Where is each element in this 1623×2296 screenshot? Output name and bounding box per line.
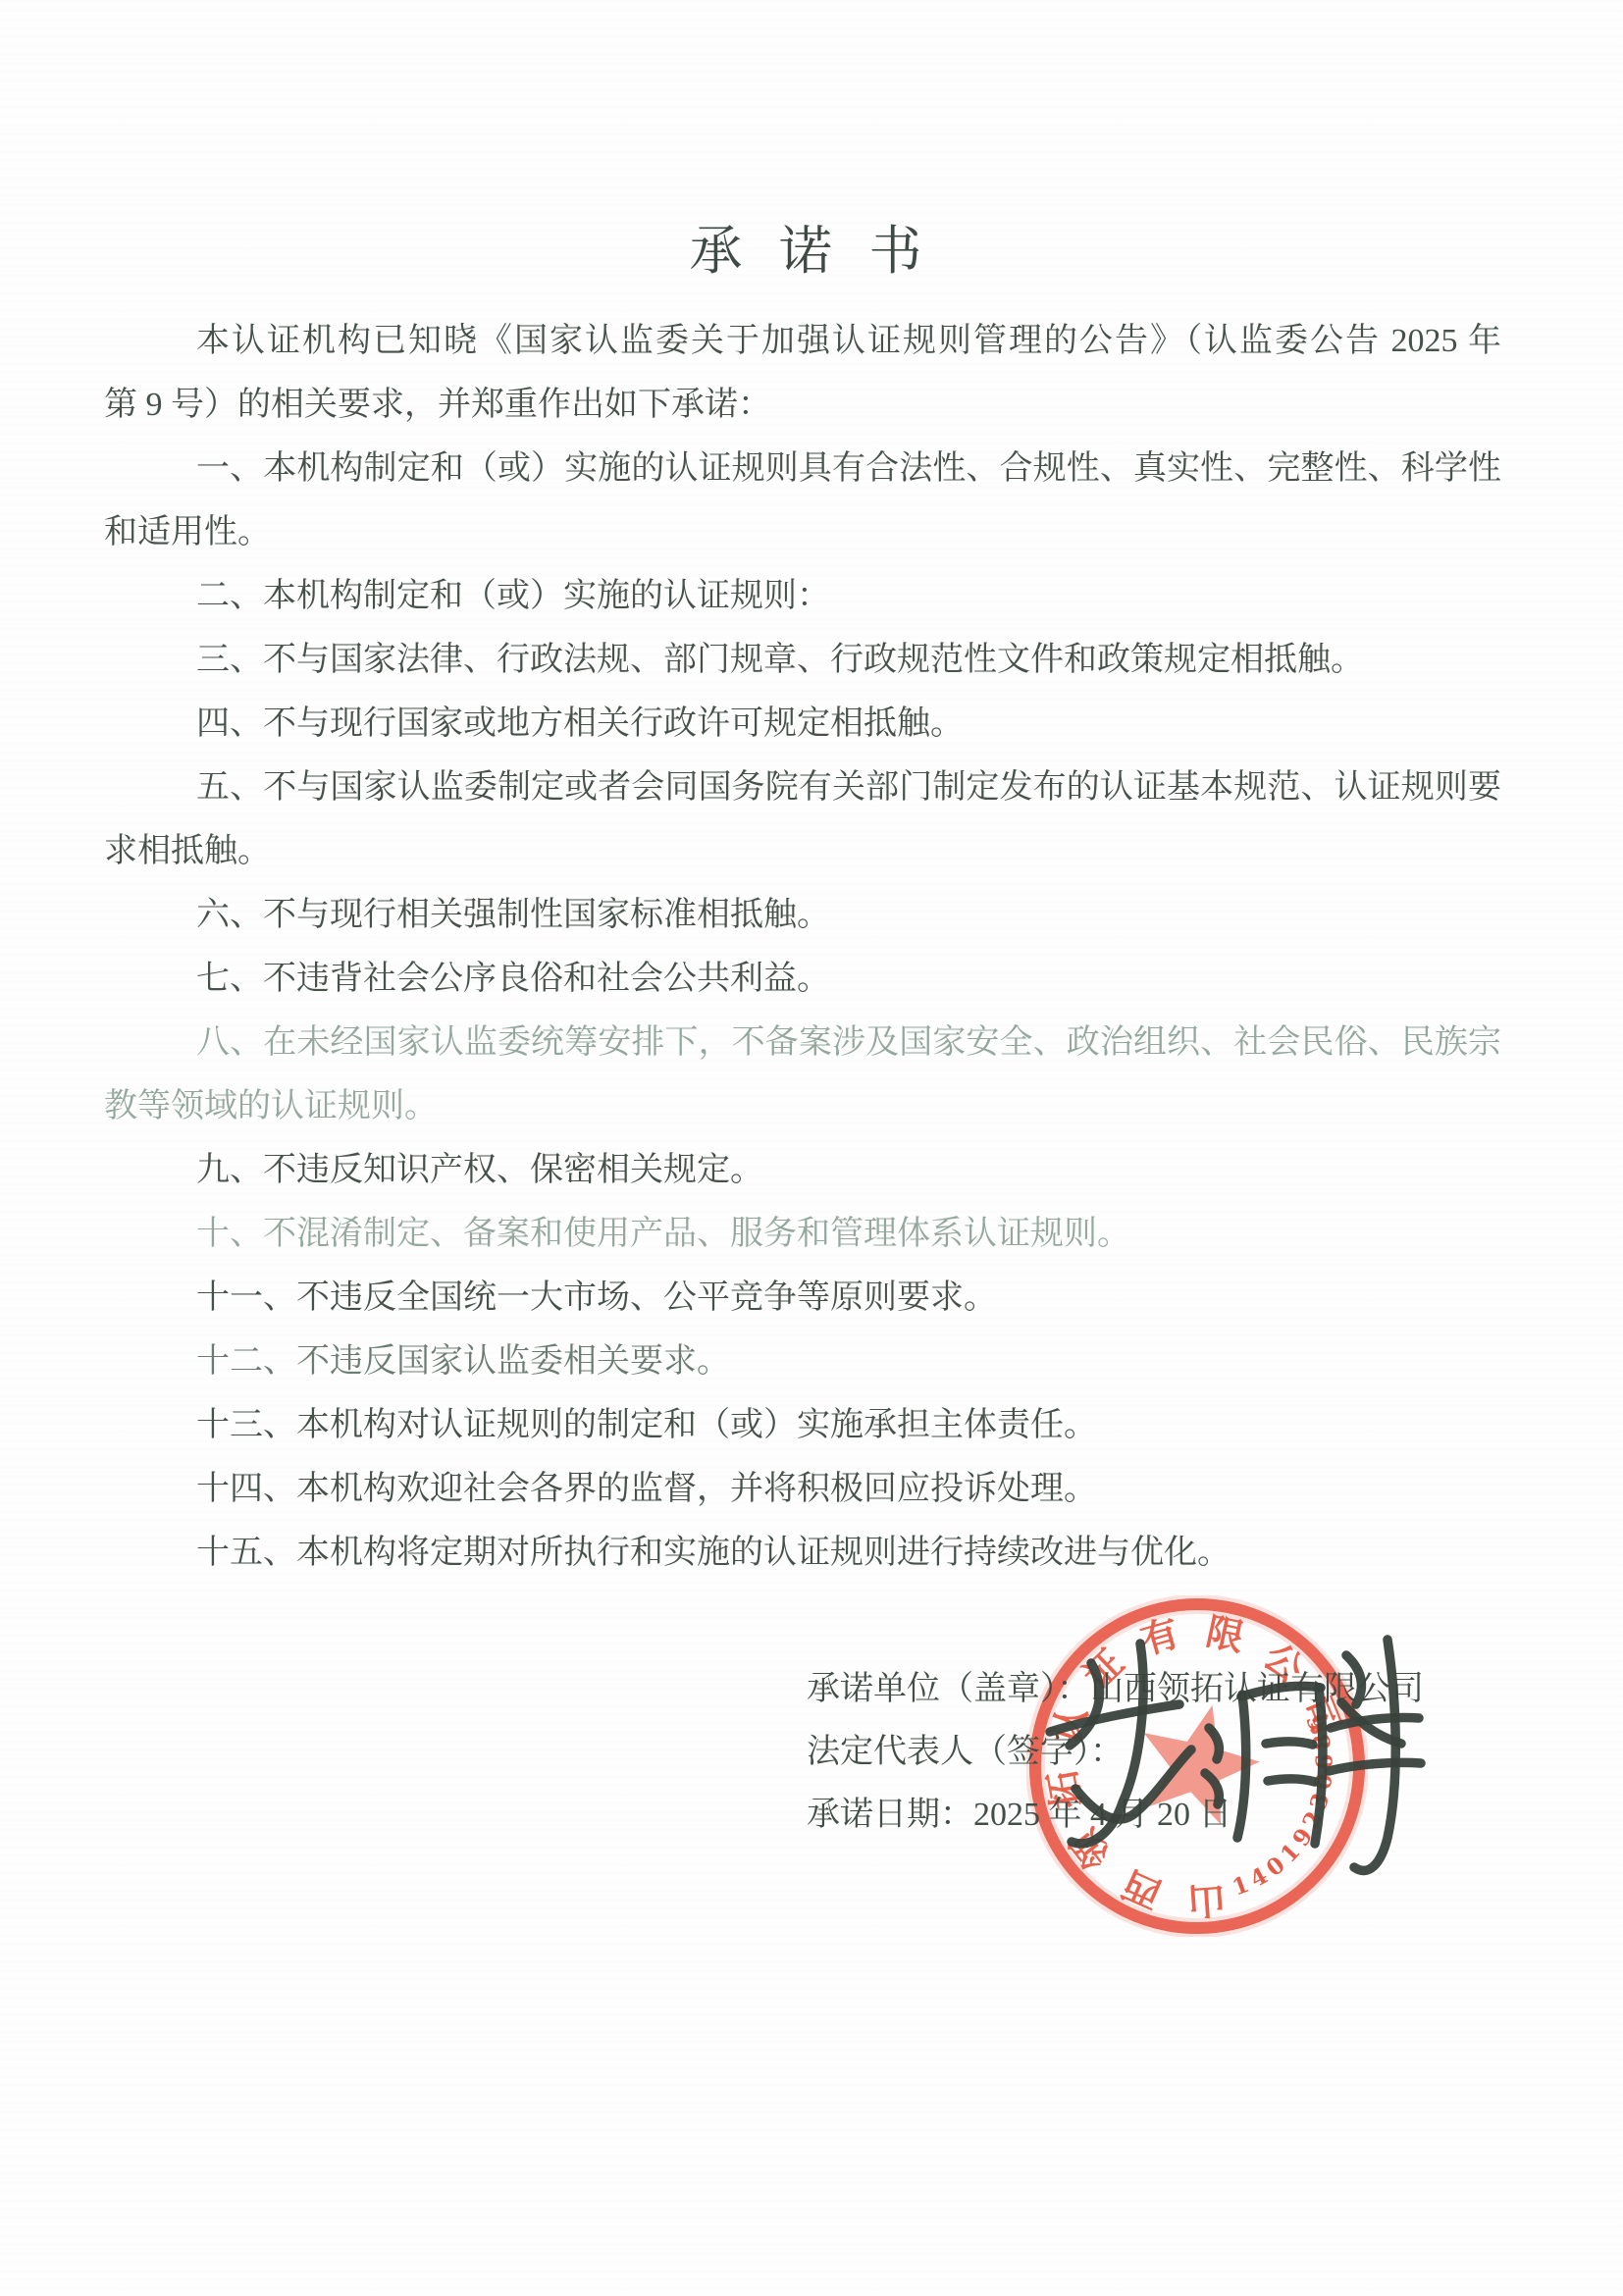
body-line: 和适用性。	[104, 500, 1501, 564]
signature-stroke	[1268, 1779, 1315, 1782]
signature-stroke	[1070, 1663, 1100, 1746]
body-line: 九、不违反知识产权、保密相关规定。	[104, 1138, 1501, 1202]
signature-stroke	[1205, 1773, 1219, 1804]
document-page: 承 诺 书 本认证机构已知晓《国家认监委关于加强认证规则管理的公告》（认监委公告…	[0, 0, 1623, 2296]
body-line: 十、不混淆制定、备案和使用产品、服务和管理体系认证规则。	[104, 1202, 1501, 1266]
signature-stroke	[1346, 1655, 1361, 1704]
signature-stroke	[1237, 1695, 1246, 1838]
body-line: 七、不违背社会公序良俗和社会公共利益。	[104, 947, 1501, 1011]
body-line: 求相抵触。	[104, 819, 1501, 883]
document-body: 本认证机构已知晓《国家认监委关于加强认证规则管理的公告》（认监委公告 2025 …	[104, 309, 1501, 1585]
body-line: 十三、本机构对认证规则的制定和（或）实施承担主体责任。	[104, 1393, 1501, 1457]
body-line: 十四、本机构欢迎社会各界的监督，并将积极回应投诉处理。	[104, 1457, 1501, 1521]
signature-handwriting	[1021, 1624, 1433, 1899]
signature-stroke	[1266, 1742, 1313, 1745]
body-line: 八、在未经国家认监委统筹安排下，不备案涉及国家安全、政治组织、社会民俗、民族宗	[104, 1011, 1501, 1074]
body-line: 二、本机构制定和（或）实施的认证规则：	[104, 564, 1501, 628]
body-line: 三、不与国家法律、行政法规、部门规章、行政规范性文件和政策规定相抵触。	[104, 628, 1501, 692]
signature-stroke	[1315, 1688, 1323, 1844]
body-line: 第 9 号）的相关要求，并郑重作出如下承诺：	[104, 373, 1501, 437]
body-line: 十二、不违反国家认监委相关要求。	[104, 1330, 1501, 1393]
signature-stroke	[1241, 1686, 1321, 1696]
signature-stroke	[1209, 1728, 1219, 1759]
body-line: 一、本机构制定和（或）实施的认证规则具有合法性、合规性、真实性、完整性、科学性	[104, 437, 1501, 500]
body-line: 本认证机构已知晓《国家认监委关于加强认证规则管理的公告》（认监委公告 2025 …	[104, 309, 1501, 373]
body-line: 四、不与现行国家或地方相关行政许可规定相抵触。	[104, 692, 1501, 756]
body-line: 十五、本机构将定期对所执行和实施的认证规则进行持续改进与优化。	[104, 1521, 1501, 1585]
body-line: 五、不与国家认监委制定或者会同国务院有关部门制定发布的认证基本规范、认证规则要	[104, 756, 1501, 819]
body-line: 十一、不违反全国统一大市场、公平竞争等原则要求。	[104, 1266, 1501, 1330]
signature-stroke	[1050, 1704, 1179, 1732]
signature-stroke	[1329, 1762, 1421, 1771]
body-line: 教等领域的认证规则。	[104, 1074, 1501, 1138]
page-title: 承 诺 书	[0, 209, 1623, 285]
body-line: 六、不与现行相关强制性国家标准相抵触。	[104, 883, 1501, 947]
